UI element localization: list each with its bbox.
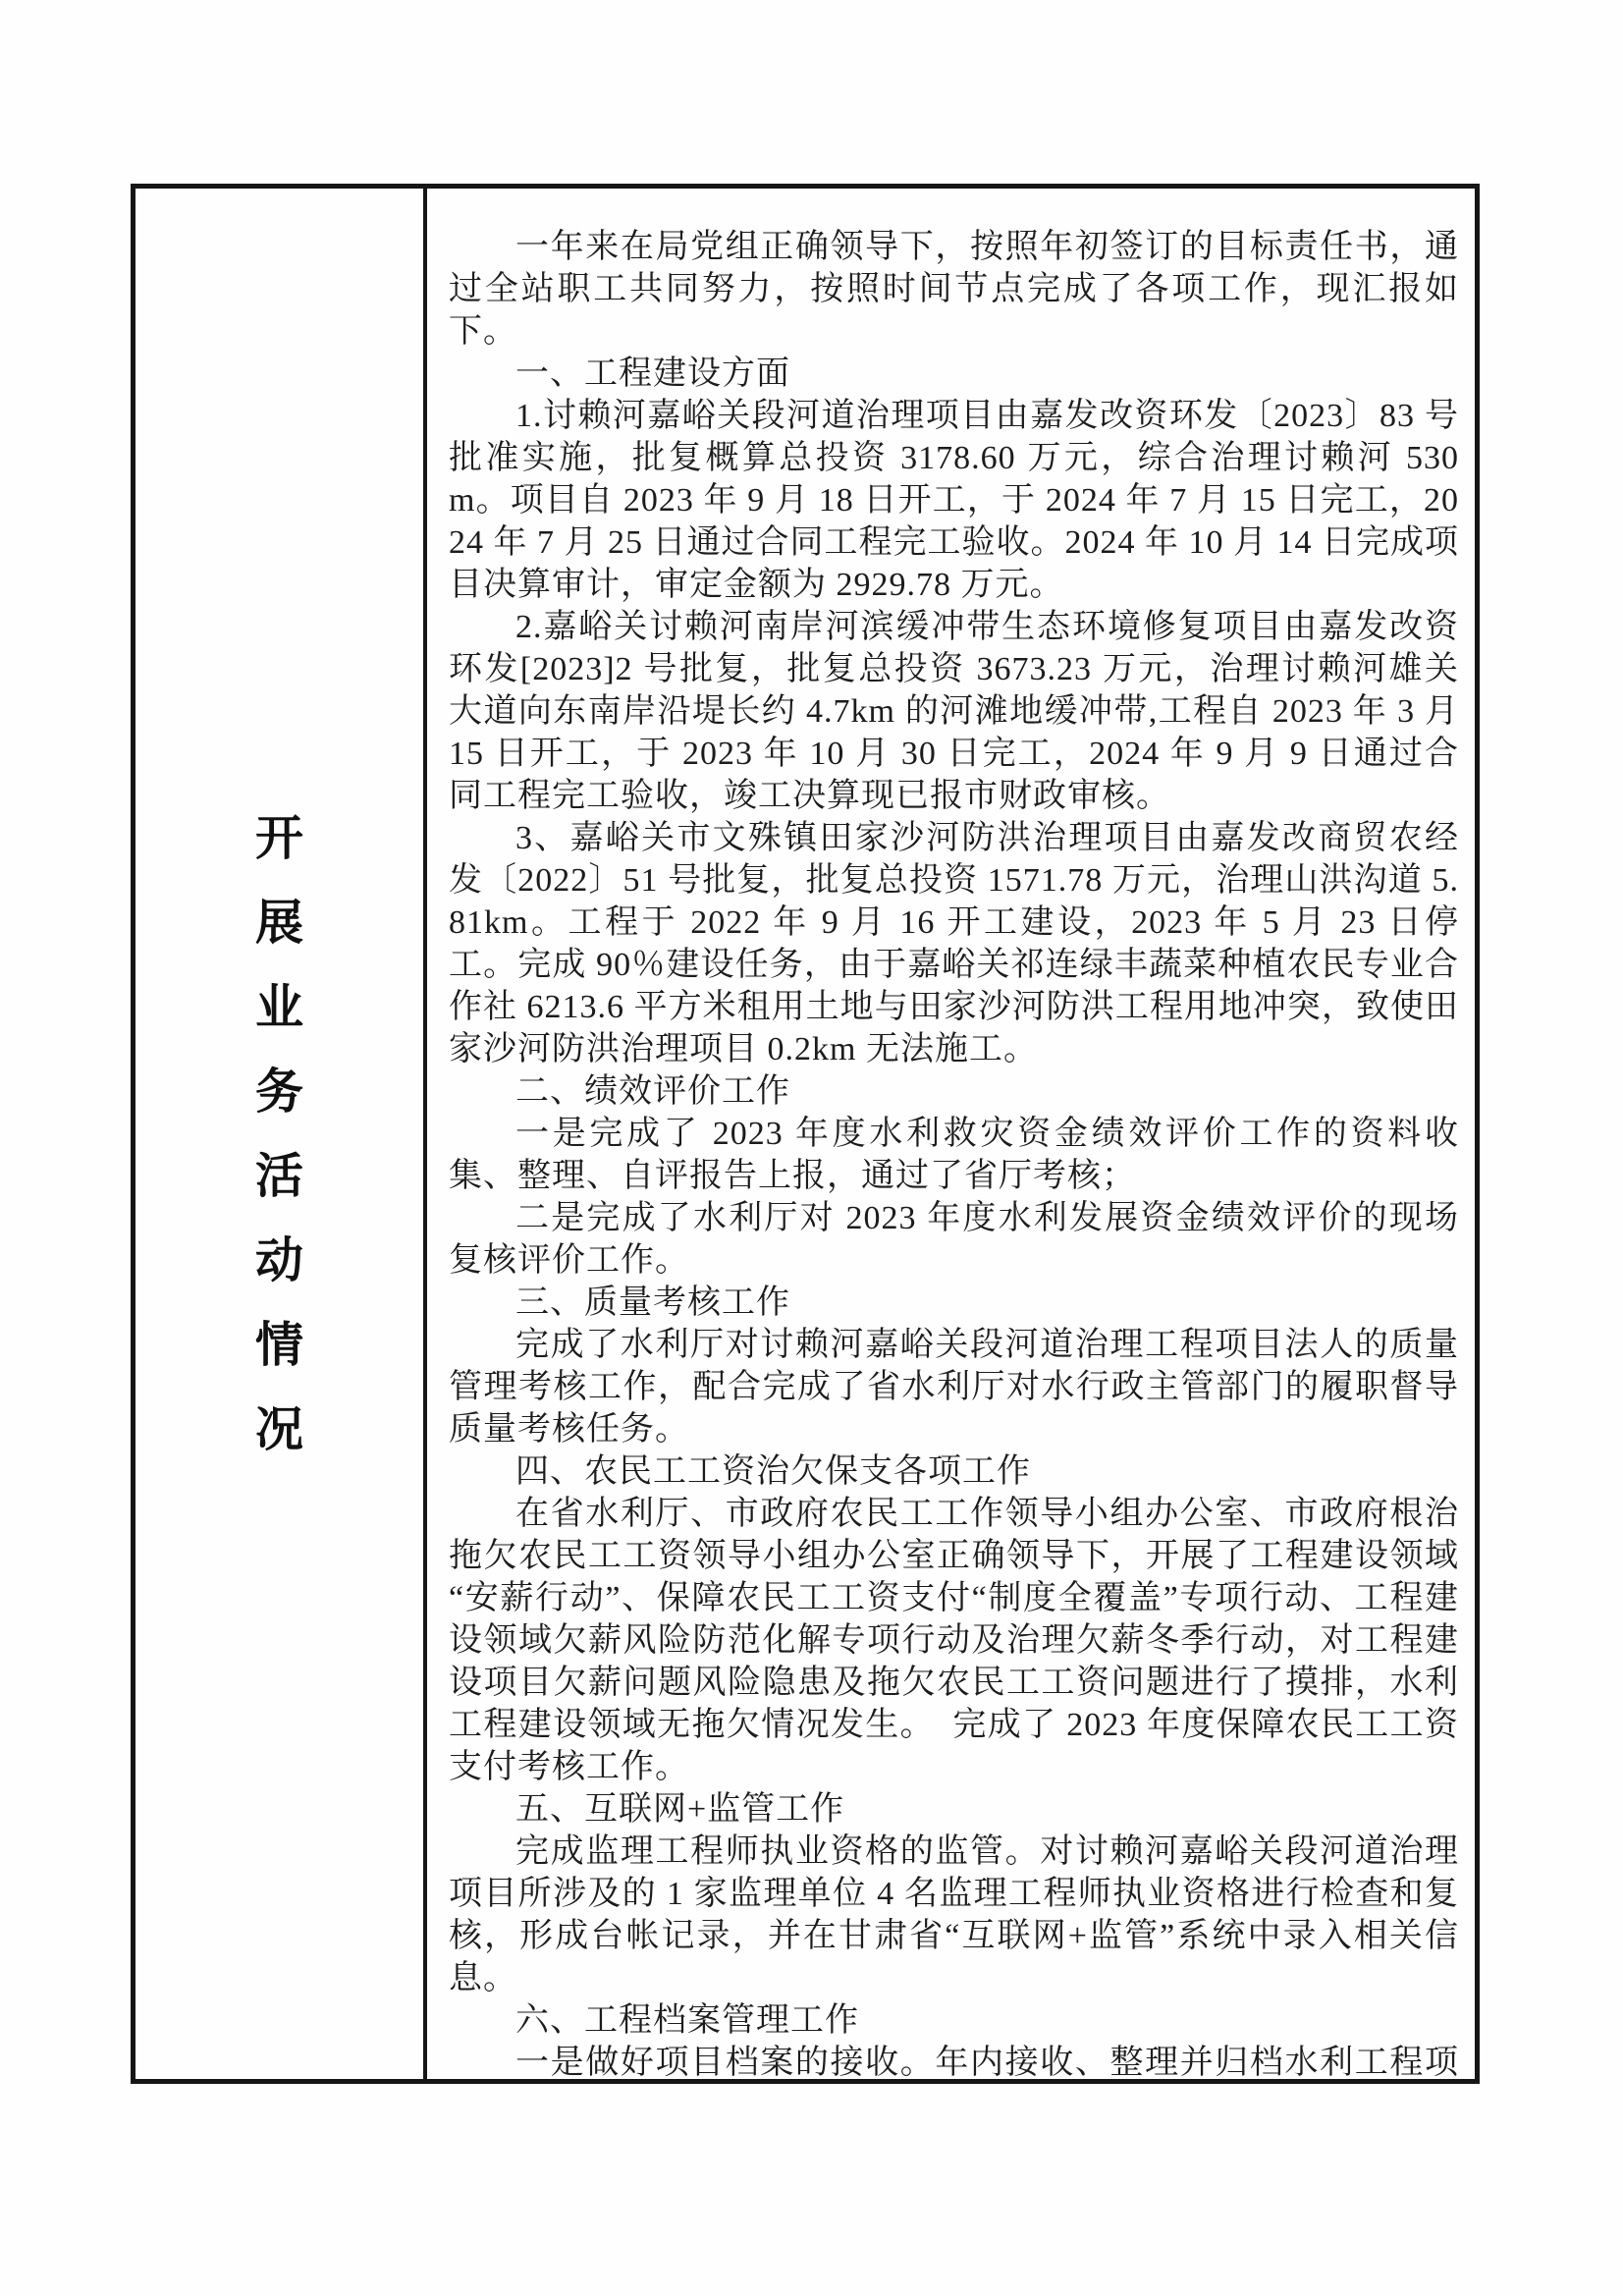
vertical-title-char: 展 — [255, 881, 303, 965]
page-background: 开 展 业 务 活 动 情 况 一年来在局党组正确领导下，按照年初签订的目标责任… — [0, 0, 1623, 2296]
vertical-title: 开 展 业 务 活 动 情 况 — [255, 796, 303, 1472]
archive-paragraph-1: 一是做好项目档案的接收。年内接收、整理并归档水利工程项目各类档案共计 953 卷… — [449, 2042, 1459, 2079]
vertical-title-char: 活 — [255, 1134, 303, 1219]
section-heading-2: 二、绩效评价工作 — [449, 1070, 1459, 1113]
vertical-title-char: 开 — [255, 796, 303, 881]
vertical-title-char: 况 — [255, 1388, 303, 1472]
section-heading-3: 三、质量考核工作 — [449, 1282, 1459, 1324]
vertical-title-char: 业 — [255, 965, 303, 1050]
vertical-title-char: 动 — [255, 1219, 303, 1303]
scanned-report-page: { "doc": { "row_title": { "label": "开展业务… — [0, 0, 1623, 2296]
quality-paragraph: 完成了水利厅对讨赖河嘉峪关段河道治理工程项目法人的质量管理考核工作，配合完成了省… — [449, 1324, 1459, 1450]
performance-paragraph-2: 二是完成了水利厅对 2023 年度水利发展资金绩效评价的现场复核评价工作。 — [449, 1197, 1459, 1282]
row-content-cell: 一年来在局党组正确领导下，按照年初签订的目标责任书，通过全站职工共同努力，按照时… — [427, 189, 1475, 2079]
project-1-paragraph: 1.讨赖河嘉峪关段河道治理项目由嘉发改资环发〔2023〕83 号批准实施，批复概… — [449, 395, 1459, 606]
section-heading-1: 一、工程建设方面 — [449, 353, 1459, 395]
vertical-title-char: 务 — [255, 1050, 303, 1134]
report-table: 开 展 业 务 活 动 情 况 一年来在局党组正确领导下，按照年初签订的目标责任… — [131, 184, 1480, 2084]
section-heading-6: 六、工程档案管理工作 — [449, 1999, 1459, 2042]
section-heading-4: 四、农民工工资治欠保支各项工作 — [449, 1450, 1459, 1493]
supervision-paragraph: 完成监理工程师执业资格的监管。对讨赖河嘉峪关段河道治理项目所涉及的 1 家监理单… — [449, 1831, 1459, 1999]
wage-paragraph: 在省水利厅、市政府农民工工作领导小组办公室、市政府根治拖欠农民工工资领导小组办公… — [449, 1493, 1459, 1788]
section-heading-5: 五、互联网+监管工作 — [449, 1788, 1459, 1831]
vertical-title-char: 情 — [255, 1303, 303, 1388]
project-3-paragraph: 3、嘉峪关市文殊镇田家沙河防洪治理项目由嘉发改商贸农经发〔2022〕51 号批复… — [449, 817, 1459, 1070]
performance-paragraph-1: 一是完成了 2023 年度水利救灾资金绩效评价工作的资料收集、整理、自评报告上报… — [449, 1113, 1459, 1197]
row-header-cell: 开 展 业 务 活 动 情 况 — [135, 189, 427, 2079]
project-2-paragraph: 2.嘉峪关讨赖河南岸河滨缓冲带生态环境修复项目由嘉发改资环发[2023]2 号批… — [449, 606, 1459, 817]
intro-paragraph: 一年来在局党组正确领导下，按照年初签订的目标责任书，通过全站职工共同努力，按照时… — [449, 226, 1459, 353]
